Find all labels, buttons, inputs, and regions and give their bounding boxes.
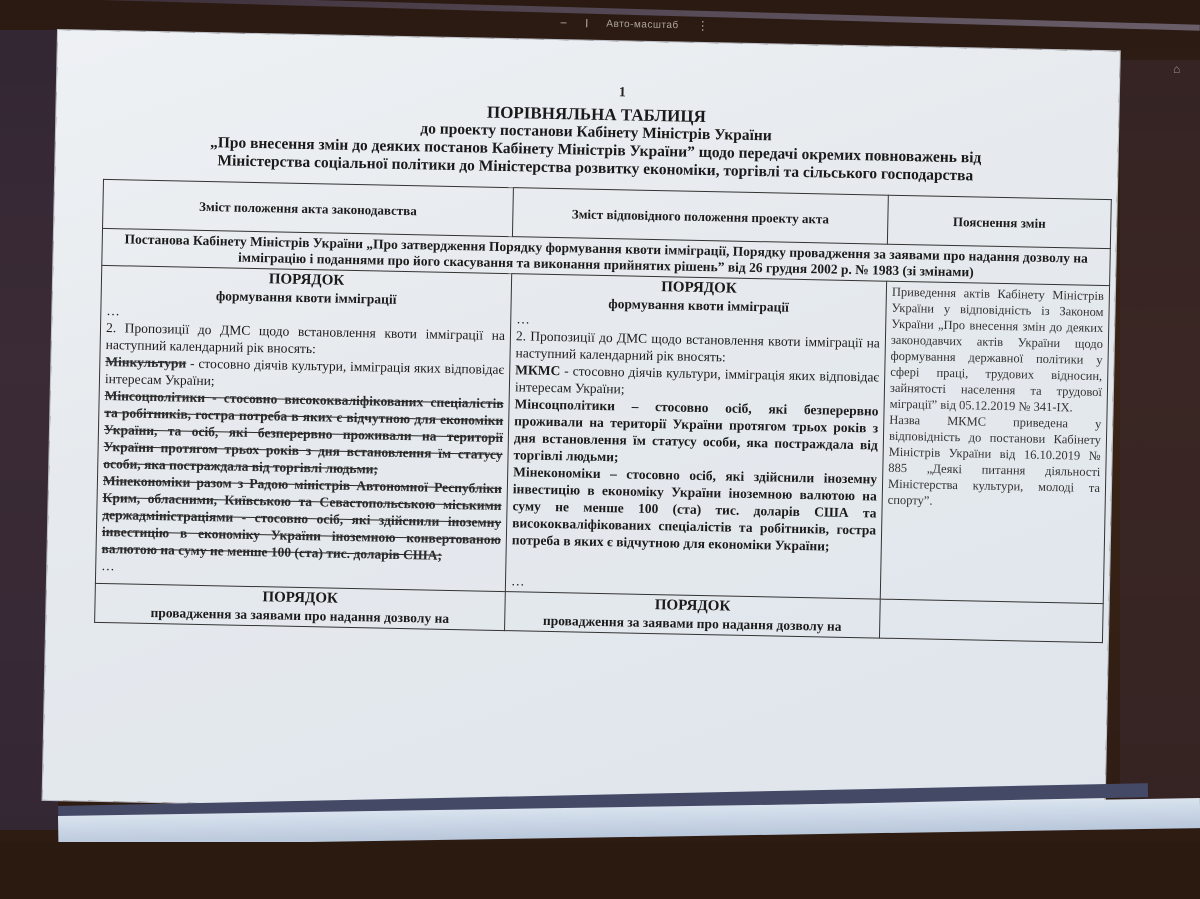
item-economy: Мінекономіки – стосовно осіб, які здійсн…	[512, 463, 878, 555]
header-draft-text: Зміст відповідного положення проекту акт…	[512, 188, 888, 245]
text-cursor-icon[interactable]: I	[585, 16, 589, 30]
header-explanation: Пояснення змін	[887, 195, 1111, 248]
struck-ministry-name: Мінкультури	[105, 354, 186, 371]
explanation-cell: Приведення актів Кабінету Міністрів Укра…	[880, 281, 1109, 603]
right-screen-margin	[1120, 60, 1200, 800]
draft-text-cell: ПОРЯДОК формування квоти імміграції … 2.…	[505, 274, 886, 599]
document-title-block: ПОРІВНЯЛЬНА ТАБЛИЦЯ до проекту постанови…	[95, 95, 1096, 188]
page-number: 1	[619, 85, 626, 101]
explanation-cell	[879, 599, 1103, 642]
pdf-viewer-toolbar: − I Авто-масштаб ⋮	[560, 10, 780, 41]
table-row: ПОРЯДОК формування квоти імміграції … 2.…	[95, 265, 1109, 603]
ministry-name: Мінсоцполітики	[514, 396, 615, 413]
struck-item-social-policy: Мінсоцполітики - стосовно висококваліфік…	[103, 387, 504, 480]
header-current-text: Зміст положення акта законодавства	[103, 179, 514, 236]
document-page: 1 ПОРІВНЯЛЬНА ТАБЛИЦЯ до проекту постано…	[43, 30, 1120, 821]
zoom-out-icon[interactable]: −	[560, 16, 567, 30]
corner-icon[interactable]: ⌂	[1173, 62, 1180, 77]
current-text-cell: ПОРЯДОК формування квоти імміграції … 2.…	[95, 265, 511, 591]
struck-item-economy: Мінекономіки разом з Радою міністрів Авт…	[101, 472, 502, 565]
item-social-policy: Мінсоцполітики – стосовно осіб, які безп…	[513, 395, 878, 470]
explanation-paragraph-1: Приведення актів Кабінету Міністрів Укра…	[890, 284, 1105, 416]
draft-text-cell: ПОРЯДОК провадження за заявами про надан…	[505, 592, 881, 639]
explanation-paragraph-2: Назва МКМС приведена у відповідність до …	[888, 412, 1102, 512]
item-text: - стосовно діячів культури, імміграція я…	[515, 363, 880, 396]
ministry-name: Мінекономіки	[513, 464, 601, 481]
more-options-icon[interactable]: ⋮	[697, 19, 709, 33]
current-text-cell: ПОРЯДОК провадження за заявами про надан…	[95, 583, 506, 630]
ministry-name: МКМС	[515, 362, 560, 378]
zoom-select[interactable]: Авто-масштаб	[606, 18, 679, 31]
monitor-bezel	[0, 842, 1200, 899]
comparison-table: Зміст положення акта законодавства Зміст…	[94, 179, 1112, 643]
